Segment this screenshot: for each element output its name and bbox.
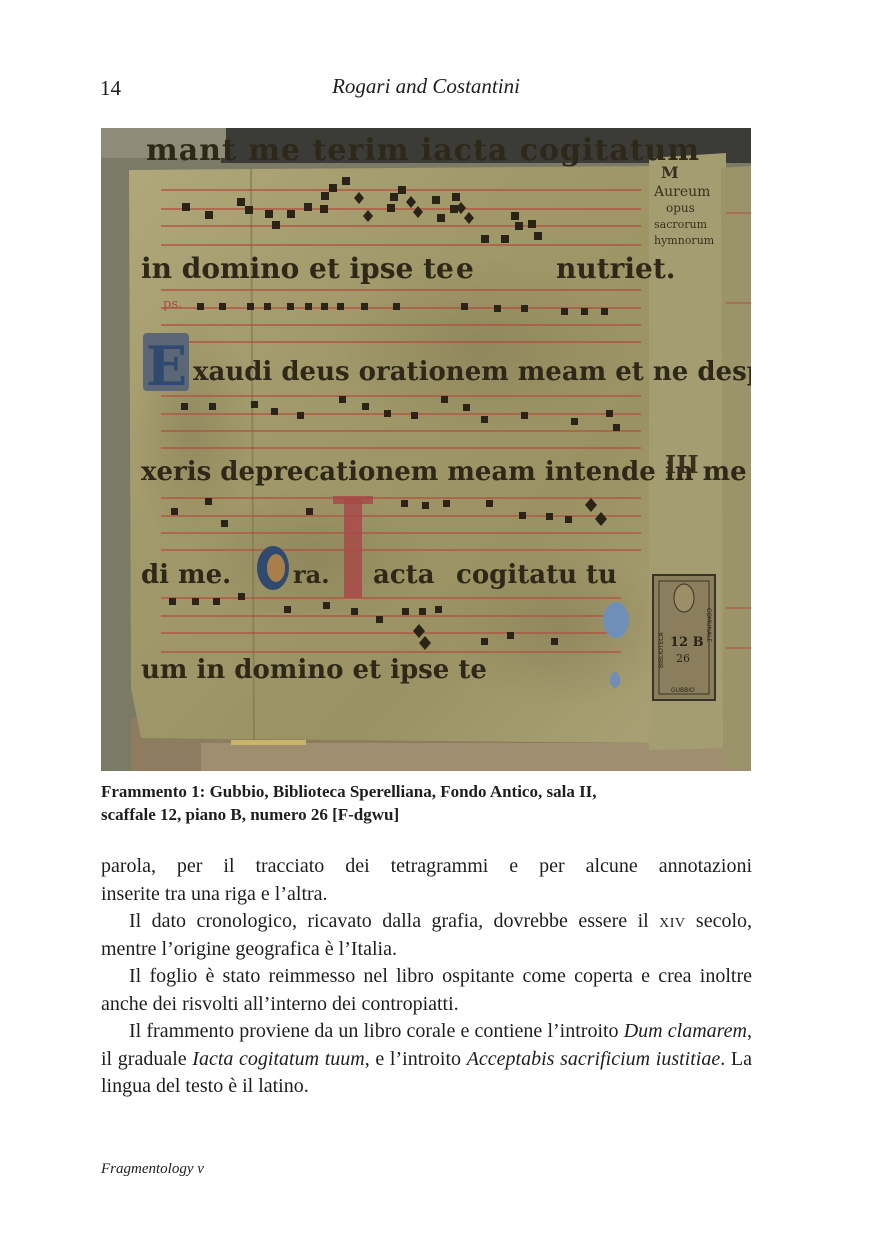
p4-text-3: , e l’introito	[365, 1048, 467, 1070]
manuscript-photo: mant me terim iacta cogitatum	[101, 128, 751, 771]
paragraph-2-text: Il dato cronologico, ricavato dalla graf…	[129, 910, 659, 932]
p4-text-1: Il frammento proviene da un libro corale…	[129, 1020, 624, 1042]
svg-text:12 B: 12 B	[670, 635, 704, 650]
svg-text:e: e	[456, 252, 474, 285]
svg-text:sacrorum: sacrorum	[654, 218, 708, 231]
caption-line-1: Frammento 1: Gubbio, Biblioteca Sperelli…	[101, 780, 761, 803]
title-dum-clamarem: Dum clamarem	[624, 1020, 747, 1042]
svg-text:di me.: di me.	[141, 560, 231, 590]
footer-journal: Fragmentology v	[101, 1161, 204, 1178]
svg-text:M: M	[661, 163, 679, 182]
paragraph-1: parola, per il tracciato dei tetragrammi…	[101, 853, 752, 908]
svg-text:III: III	[665, 450, 699, 479]
svg-text:BIBLIOTECA: BIBLIOTECA	[658, 632, 665, 668]
caption-line-2: scaffale 12, piano B, numero 26 [F-dgwu]	[101, 803, 761, 826]
svg-text:nutriet.: nutriet.	[556, 252, 676, 285]
svg-text:hymnorum: hymnorum	[654, 234, 715, 247]
paragraph-1-rest: inserite tra una riga e l’altra.	[101, 883, 328, 905]
paragraph-3: Il foglio è stato reimmesso nel libro os…	[101, 963, 752, 1018]
century-numeral: xiv	[659, 910, 685, 932]
title-acceptabis: Acceptabis sacrificium iustitiae	[467, 1048, 721, 1070]
svg-text:COMUNALE: COMUNALE	[705, 608, 712, 642]
svg-text:xaudi deus orationem meam et n: xaudi deus orationem meam et ne despe	[193, 357, 751, 387]
svg-text:in domino et ipse te: in domino et ipse te	[141, 252, 454, 285]
svg-text:ra.: ra.	[293, 560, 330, 589]
manuscript-figure: mant me terim iacta cogitatum	[101, 128, 751, 771]
running-head: 14 Rogari and Costantini	[100, 70, 752, 104]
svg-text:acta: acta	[373, 560, 435, 590]
paragraph-1-line-1: parola, per il tracciato dei tetragrammi…	[101, 853, 752, 881]
svg-text:xeris deprecationem meam inten: xeris deprecationem meam intende in me e…	[141, 457, 751, 487]
paragraph-4: Il frammento proviene da un libro corale…	[101, 1018, 752, 1101]
svg-text:opus: opus	[666, 201, 695, 215]
svg-text:E: E	[146, 334, 187, 398]
figure-caption: Frammento 1: Gubbio, Biblioteca Sperelli…	[101, 780, 761, 826]
body-text: parola, per il tracciato dei tetragrammi…	[101, 853, 752, 1101]
title-iacta-cogitatum: Iacta cogitatum tuum	[192, 1048, 364, 1070]
svg-text:ps.: ps.	[163, 297, 182, 312]
paragraph-2: Il dato cronologico, ricavato dalla graf…	[101, 908, 752, 963]
svg-text:cogitatu tu: cogitatu tu	[456, 560, 617, 590]
svg-text:GUBBIO: GUBBIO	[671, 687, 695, 694]
svg-text:um in domino et ipse te: um in domino et ipse te	[141, 655, 487, 685]
running-title: Rogari and Costantini	[100, 74, 752, 99]
svg-text:26: 26	[676, 652, 690, 665]
svg-text:mant me terim iacta cogitatu: mant me terim iacta cogitatum	[146, 133, 700, 168]
svg-text:Aureum: Aureum	[653, 184, 710, 200]
